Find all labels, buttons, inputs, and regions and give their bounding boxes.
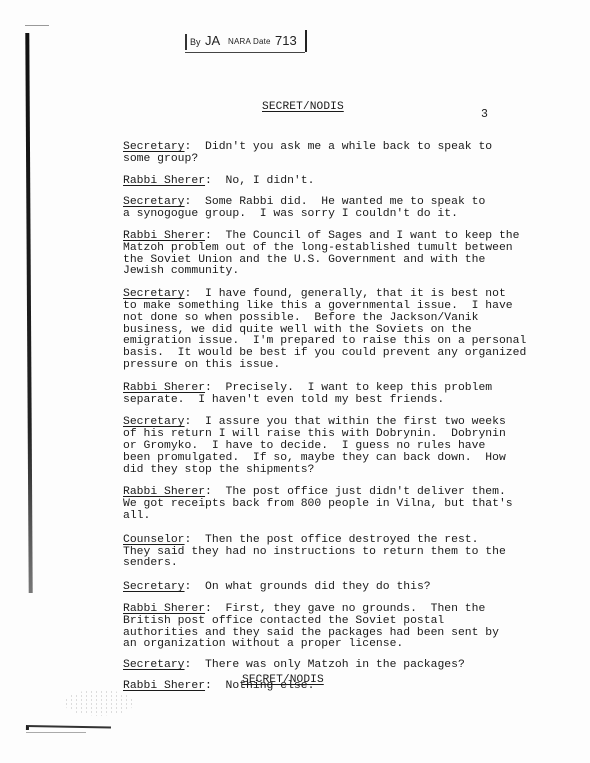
transcript-entry: Secretary: I have found, generally, that… <box>123 289 513 372</box>
speaker-label: Rabbi Sherer <box>123 175 205 187</box>
transcript-line: Rabbi Sherer: No, I didn't. <box>123 176 513 188</box>
transcript-entry: Rabbi Sherer: First, they gave no ground… <box>123 604 513 651</box>
transcript-line: We got receipts back from 800 people in … <box>123 499 513 511</box>
transcript-line: been promulgated. If so, maybe they can … <box>123 453 513 465</box>
transcript-line: Rabbi Sherer: The Council of Sages and I… <box>123 231 513 243</box>
binding-edge-line <box>25 33 32 593</box>
transcript-line: a synogogue group. I was sorry I couldn'… <box>123 209 513 221</box>
utterance-text: I assure you that within the first two w… <box>205 416 506 428</box>
speaker-label: Secretary <box>123 659 185 671</box>
transcript-line: Secretary: On what grounds did they do t… <box>123 582 513 594</box>
transcript-line: to make something like this a government… <box>123 301 513 313</box>
stamp-right-bar <box>305 30 307 52</box>
stamp-nara-value: 713 <box>275 33 297 48</box>
speaker-label: Secretary <box>123 196 185 208</box>
utterance-text: I have found, generally, that it is best… <box>205 288 506 300</box>
stamp-left-bar <box>185 34 187 50</box>
transcript-entry: Rabbi Sherer: The post office just didn'… <box>123 487 513 522</box>
utterance-text: Didn't you ask me a while back to speak … <box>205 141 492 153</box>
transcript-entry: Rabbi Sherer: No, I didn't. <box>123 176 513 188</box>
footer-classification: SECRET/NODIS <box>242 674 324 686</box>
stamp-underline <box>185 52 305 53</box>
utterance-text: No, I didn't. <box>226 175 315 187</box>
utterance-text: The Council of Sages and I want to keep … <box>226 230 520 242</box>
page-number: 3 <box>481 108 488 121</box>
transcript-line: pressure on this issue. <box>123 360 513 372</box>
speaker-label: Rabbi Sherer <box>123 230 205 242</box>
transcript-line: Rabbi Sherer: First, they gave no ground… <box>123 604 513 616</box>
transcript-line: senders. <box>123 558 513 570</box>
speaker-label: Rabbi Sherer <box>123 486 205 498</box>
speaker-label: Secretary <box>123 581 185 593</box>
utterance-text: Then the post office destroyed the rest. <box>205 534 478 546</box>
transcript-entry: Secretary: Didn't you ask me a while bac… <box>123 142 513 166</box>
transcript-line: some group? <box>123 154 513 166</box>
scan-speckle <box>64 690 134 716</box>
speaker-label: Secretary <box>123 416 185 428</box>
transcript-line: British post office contacted the Soviet… <box>123 616 513 628</box>
speaker-label: Rabbi Sherer <box>123 680 205 692</box>
transcript-entry: Secretary: I assure you that within the … <box>123 417 513 476</box>
transcript-entry: Rabbi Sherer: Precisely. I want to keep … <box>123 383 513 407</box>
stamp-by-label: By <box>190 37 201 47</box>
utterance-text: Precisely. I want to keep this problem <box>226 382 493 394</box>
transcript-line: Rabbi Sherer: Precisely. I want to keep … <box>123 383 513 395</box>
speaker-label: Secretary <box>123 141 185 153</box>
transcript-line: Secretary: There was only Matzoh in the … <box>123 660 513 672</box>
transcript-entry: Counselor: Then the post office destroye… <box>123 535 513 570</box>
binding-edge-top-mark <box>25 25 49 26</box>
transcript-line: Matzoh problem out of the long-establish… <box>123 243 513 255</box>
transcript-entry: Rabbi Sherer: The Council of Sages and I… <box>123 231 513 278</box>
transcript-line: Jewish community. <box>123 266 513 278</box>
speaker-label: Rabbi Sherer <box>123 382 205 394</box>
transcript-body: Secretary: Didn't you ask me a while bac… <box>123 132 513 693</box>
transcript-entry: Secretary: There was only Matzoh in the … <box>123 660 513 672</box>
document-page: By JA NARA Date 713 SECRET/NODIS 3 Secre… <box>0 0 590 763</box>
corner-mark <box>26 725 111 731</box>
transcript-line: an organization without a proper license… <box>123 639 513 651</box>
transcript-entry: Secretary: On what grounds did they do t… <box>123 582 513 594</box>
transcript-line: They said they had no instructions to re… <box>123 547 513 559</box>
transcript-line: did they stop the shipments? <box>123 465 513 477</box>
transcript-line: not done so when possible. Before the Ja… <box>123 313 513 325</box>
stamp-nara-label: NARA Date <box>228 37 271 46</box>
transcript-line: separate. I haven't even told my best fr… <box>123 395 513 407</box>
transcript-line: all. <box>123 511 513 523</box>
speaker-label: Counselor <box>123 534 185 546</box>
utterance-text: There was only Matzoh in the packages? <box>205 659 465 671</box>
corner-mark-underline <box>26 732 86 733</box>
header-classification: SECRET/NODIS <box>262 101 344 113</box>
transcript-line: or Gromyko. I have to decide. I guess no… <box>123 441 513 453</box>
utterance-text: First, they gave no grounds. Then the <box>226 603 486 615</box>
speaker-label: Rabbi Sherer <box>123 603 205 615</box>
utterance-text: On what grounds did they do this? <box>205 581 431 593</box>
utterance-text: Some Rabbi did. He wanted me to speak to <box>205 196 485 208</box>
transcript-line: Counselor: Then the post office destroye… <box>123 535 513 547</box>
utterance-text: The post office just didn't deliver them… <box>226 486 506 498</box>
transcript-entry: Secretary: Some Rabbi did. He wanted me … <box>123 197 513 221</box>
declassification-stamp: By JA NARA Date 713 <box>185 32 305 54</box>
speaker-label: Secretary <box>123 288 185 300</box>
stamp-by-value: JA <box>205 33 220 48</box>
